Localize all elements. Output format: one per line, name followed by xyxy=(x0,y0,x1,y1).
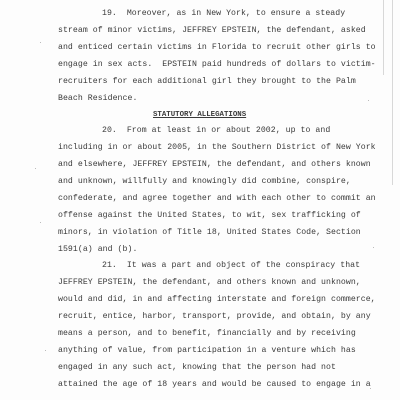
paragraph-21-line: attained the age of 18 years and would b… xyxy=(58,380,371,390)
paragraph-21-line: engaged in any such act, knowing that th… xyxy=(58,363,336,373)
scan-edge-line xyxy=(383,0,384,75)
scan-speck xyxy=(368,100,369,101)
paragraph-20-line: and elsewhere, JEFFREY EPSTEIN, the defe… xyxy=(58,160,371,170)
scan-speck xyxy=(40,222,41,223)
paragraph-20-line: confederate, and agree together and with… xyxy=(58,194,376,204)
paragraph-21-line: would and did, in and affecting intersta… xyxy=(58,295,376,305)
paragraph-19-line: engage in sex acts. EPSTEIN paid hundred… xyxy=(58,60,376,70)
paragraph-21-line: 21. It was a part and object of the cons… xyxy=(102,261,360,271)
scan-edge-line xyxy=(392,0,393,185)
scan-speck xyxy=(370,388,371,389)
paragraph-19-line: and enticed certain victims in Florida t… xyxy=(58,43,376,53)
scan-speck xyxy=(40,42,41,43)
paragraph-21-line: means a person, and to benefit, financia… xyxy=(58,329,356,339)
paragraph-21-line: JEFFREY EPSTEIN, the defendant, and othe… xyxy=(58,278,361,288)
document-page: 19. Moreover, as in New York, to ensure … xyxy=(0,0,400,400)
paragraph-19-line: 19. Moreover, as in New York, to ensure … xyxy=(102,9,345,19)
section-heading: STATUTORY ALLEGATIONS xyxy=(153,110,246,120)
paragraph-21-line: recruit, entice, harbor, transport, prov… xyxy=(58,312,371,322)
scan-speck xyxy=(35,168,36,169)
paragraph-19-line: Beach Residence. xyxy=(58,94,137,104)
paragraph-20-line: and unknown, willfully and knowingly did… xyxy=(58,177,351,187)
paragraph-20-line: including in or about 2005, in the South… xyxy=(58,143,376,153)
scan-speck xyxy=(45,350,46,351)
paragraph-20-line: offense against the United States, to wi… xyxy=(58,211,361,221)
paragraph-20-line: 20. From at least in or about 2002, up t… xyxy=(102,126,330,136)
paragraph-19-line: stream of minor victims, JEFFREY EPSTEIN… xyxy=(58,26,366,36)
paragraph-19-line: recruiters for each additional girl they… xyxy=(58,77,356,87)
scan-speck xyxy=(373,247,374,248)
paragraph-20-line: 1591(a) and (b). xyxy=(58,245,137,255)
paragraph-20-line: minors, in violation of Title 18, United… xyxy=(58,228,361,238)
paragraph-21-line: anything of value, from participation in… xyxy=(58,346,356,356)
